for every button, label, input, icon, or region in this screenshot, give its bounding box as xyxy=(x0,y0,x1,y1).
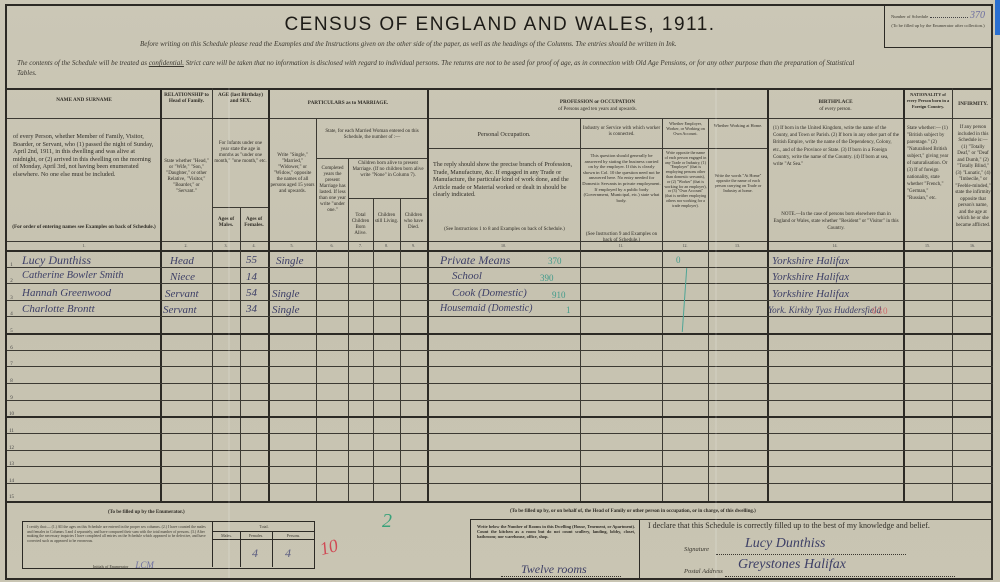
row-2-relationship: Niece xyxy=(170,271,195,283)
colnum-9: 9. xyxy=(400,243,427,248)
row-2-birthplace: Yorkshire Halifax xyxy=(772,271,849,283)
header-females: Ages of Females. xyxy=(240,215,268,229)
enumerator-heading: (To be filled up by the Enumerator.) xyxy=(108,510,185,515)
row-rule xyxy=(7,400,993,401)
header-home-body: Write the words "At Home" opposite the n… xyxy=(712,172,764,194)
declaration-text: I declare that this Schedule is correctl… xyxy=(648,521,930,530)
colnum-7: 7. xyxy=(348,243,373,248)
header-infirmity-body: If any person included in this Schedule … xyxy=(954,124,992,230)
paper-crease xyxy=(715,88,717,578)
totals-persons-value: 4 xyxy=(285,546,291,561)
header-children-living: Children still Living. xyxy=(373,212,400,226)
row-number: 14 xyxy=(8,479,15,484)
header-industry-body: This question should generally be answer… xyxy=(581,152,662,204)
header-males: Ages of Males. xyxy=(212,215,240,229)
row-3-name: Hannah Greenwood xyxy=(22,287,111,299)
row-1-employer-mark: 0 xyxy=(676,255,681,265)
colnum-16: 16. xyxy=(952,243,993,248)
row-2-occupation: School xyxy=(452,270,482,282)
marriage-sub-rule xyxy=(316,158,427,159)
colnum-12: 12. xyxy=(662,243,708,248)
row-number: 1 xyxy=(8,263,15,268)
row-2-name: Catherine Bowler Smith xyxy=(22,270,124,281)
header-nationality-body: State whether:— (1) "British subject by … xyxy=(906,124,951,203)
header-employer-body: Write opposite the name of each person e… xyxy=(663,150,708,210)
header-marriage-title: PARTICULARS as to MARRIAGE. xyxy=(269,99,427,107)
row-number: 12 xyxy=(8,446,15,451)
row-rule xyxy=(7,366,993,367)
schedule-number-value: 370 xyxy=(970,10,985,21)
signature-label: Signature xyxy=(684,546,709,553)
confidential-pre: The contents of the Schedule will be tre… xyxy=(17,59,149,67)
col-divider-9 xyxy=(427,88,429,501)
colnum-6: 6. xyxy=(316,243,348,248)
row-3-age-female: 54 xyxy=(246,287,257,299)
colnum-5: 5. xyxy=(268,243,316,248)
header-industry: Industry or Service with which worker is… xyxy=(581,125,662,139)
row-1-marital: Single xyxy=(276,255,304,267)
row-number: 11 xyxy=(8,429,15,434)
row-rule-10 xyxy=(7,416,993,418)
instruction-line-2: The contents of the Schedule will be tre… xyxy=(17,58,872,78)
schedule-number-box: Number of Schedule370 (To be filled up b… xyxy=(884,5,991,48)
rooms-instruction: Write below the Number of Rooms in this … xyxy=(477,524,635,539)
initials-value: LCM xyxy=(135,560,154,570)
schedule-number-label: Number of Schedule xyxy=(891,14,928,19)
rooms-box: Write below the Number of Rooms in this … xyxy=(470,519,640,579)
colnum-10: 10. xyxy=(427,243,580,248)
header-years-married: Completed years the present Marriage has… xyxy=(317,165,348,215)
paper-crease xyxy=(228,88,230,578)
col-divider-4 xyxy=(268,88,270,501)
row-4-occupation: Housemaid (Domestic) xyxy=(440,303,532,314)
colnum-11: 11. xyxy=(580,243,662,248)
header-children: Children born alive to present Marriage.… xyxy=(349,160,427,180)
enumerator-certificate-box: I certify that:— (1.) All the ages on th… xyxy=(22,521,315,569)
row-1-relationship: Head xyxy=(170,255,194,267)
header-top-rule xyxy=(7,88,993,90)
row-3-relationship: Servant xyxy=(165,288,199,300)
totals-females-value: 4 xyxy=(252,546,258,561)
row-1-occupation: Private Means xyxy=(440,253,510,268)
row-number: 13 xyxy=(8,462,15,467)
col-divider-12 xyxy=(708,118,709,501)
totals-males-label: Males. xyxy=(213,533,240,538)
col-divider-1 xyxy=(160,88,162,501)
row-rule xyxy=(7,483,993,484)
postal-address-label: Postal Address xyxy=(684,568,723,575)
row-rule xyxy=(7,350,993,351)
row-3-birthplace: Yorkshire Halifax xyxy=(772,288,849,300)
page-title: CENSUS OF ENGLAND AND WALES, 1911. xyxy=(0,14,1000,36)
header-birthplace-body: (1) If born in the United Kingdom, write… xyxy=(772,124,900,169)
header-name-note: (For order of entering names see Example… xyxy=(10,223,158,231)
column-number-rule xyxy=(7,250,993,252)
row-3-occ-code: 910 xyxy=(552,290,566,300)
col-divider-3 xyxy=(240,207,241,501)
row-rule xyxy=(7,466,993,467)
row-number: 6 xyxy=(8,346,15,351)
header-mid-rule xyxy=(7,118,993,119)
green-check-mark: 2 xyxy=(382,510,392,533)
colnum-14: 14. xyxy=(767,243,903,248)
colnum-1: 1. xyxy=(8,243,160,248)
header-nationality-title: NATIONALITY of every Person born in a Fo… xyxy=(904,91,952,111)
row-3-occupation: Cook (Domestic) xyxy=(452,287,527,299)
rooms-value: Twelve rooms xyxy=(521,562,587,577)
row-1-name: Lucy Dunthiss xyxy=(22,253,91,268)
header-bottom-rule xyxy=(7,241,993,242)
row-3-marital: Single xyxy=(272,288,300,300)
totals-persons-label: Persons. xyxy=(272,533,315,538)
header-personal-note: (See Instructions 1 to 8 and Examples on… xyxy=(432,226,577,234)
col-divider-13 xyxy=(767,88,769,501)
row-number: 7 xyxy=(8,362,15,367)
enumerator-certify-text: I certify that:— (1.) All the ages on th… xyxy=(27,525,207,543)
row-number: 2 xyxy=(8,279,15,284)
row-number: 15 xyxy=(8,495,15,500)
row-number: 4 xyxy=(8,312,15,317)
header-infirmity-title: INFIRMITY. xyxy=(953,100,993,108)
instruction-line-1: Before writing on this Schedule please r… xyxy=(140,40,677,48)
signature-value: Lucy Dunthiss xyxy=(745,536,826,552)
row-4-occ-code: 1 xyxy=(566,305,571,315)
row-1-birthplace: Yorkshire Halifax xyxy=(772,255,849,267)
row-number: 3 xyxy=(8,296,15,301)
colnum-3: 3. xyxy=(212,243,240,248)
header-birthplace-title: BIRTHPLACE xyxy=(768,98,903,106)
table-bottom-rule xyxy=(7,501,993,503)
header-age-body: For Infants under one year state the age… xyxy=(213,140,268,166)
header-age-title: AGE (last Birthday) and SEX. xyxy=(213,91,268,105)
signature-line xyxy=(716,554,906,555)
colnum-4: 4. xyxy=(240,243,268,248)
row-4-relationship: Servant xyxy=(163,304,197,316)
header-name-title: NAME AND SURNAME xyxy=(8,96,160,104)
postal-address-value: Greystones Halifax xyxy=(738,557,846,573)
census-schedule: CENSUS OF ENGLAND AND WALES, 1911. Befor… xyxy=(0,0,1000,582)
address-line xyxy=(725,576,955,577)
row-4-age-female: 34 xyxy=(246,303,257,315)
header-married-woman: State, for each Married Woman entered on… xyxy=(317,128,427,142)
enumerator-initials: Initials of Enumerator LCM xyxy=(93,560,154,570)
row-1-age-female: 55 xyxy=(246,254,257,266)
initials-label: Initials of Enumerator xyxy=(93,564,128,569)
row-rule xyxy=(7,316,993,317)
header-total-children: Total Children Born Alive. xyxy=(348,212,373,238)
row-2-occ-code: 390 xyxy=(540,273,554,283)
colnum-2: 2. xyxy=(160,243,212,248)
row-number: 5 xyxy=(8,329,15,334)
row-1-occ-code: 370 xyxy=(548,256,562,266)
head-section-heading: (To be filled up by, or on behalf of, th… xyxy=(510,509,756,514)
header-birthplace-note: NOTE.—In the case of persons born elsewh… xyxy=(772,210,900,233)
col-divider-14 xyxy=(903,88,905,501)
totals-females-label: Females. xyxy=(240,533,272,538)
row-rule xyxy=(7,283,993,284)
row-4-marital: Single xyxy=(272,304,300,316)
header-name-body: of every Person, whether Member of Famil… xyxy=(12,132,158,179)
header-birthplace-subtitle: of every person. xyxy=(768,106,903,114)
row-rule xyxy=(7,300,993,301)
row-number: 8 xyxy=(8,379,15,384)
row-rule xyxy=(7,433,993,434)
colnum-8: 8. xyxy=(373,243,400,248)
row-rule xyxy=(7,450,993,451)
row-rule-5 xyxy=(7,333,993,335)
schedule-number-note: (To be filled up by the Enumerator after… xyxy=(891,23,985,28)
header-relationship-title: RELATIONSHIP to Head of Family. xyxy=(161,91,212,105)
row-4-name: Charlotte Brontt xyxy=(22,303,95,315)
col-divider-15 xyxy=(952,88,953,501)
header-employer: Whether Employer, Worker, or Working on … xyxy=(663,120,708,137)
colnum-15: 15. xyxy=(903,243,952,248)
header-personal-occupation: Personal Occupation. xyxy=(428,130,580,140)
head-box-top xyxy=(640,519,993,520)
row-4-birthplace: York. Kirkby Tyas Huddersfield xyxy=(768,305,881,315)
row-number: 9 xyxy=(8,396,15,401)
header-relationship-body: State whether "Head," or "Wife," "Son," … xyxy=(162,158,211,196)
header-personal-body: The reply should show the precise branch… xyxy=(432,160,577,200)
row-number: 10 xyxy=(8,412,15,417)
row-2-age-female: 14 xyxy=(246,271,257,283)
children-sub-rule xyxy=(348,198,427,199)
confidential-word: confidential. xyxy=(149,59,184,67)
row-4-birth-code: 030 xyxy=(872,306,889,316)
header-children-died: Children who have Died. xyxy=(400,212,427,232)
header-home: Whether Working at Home. xyxy=(709,122,767,130)
row-rule xyxy=(7,383,993,384)
header-marital-status: Write "Single," "Married," "Widower," or… xyxy=(269,152,316,196)
